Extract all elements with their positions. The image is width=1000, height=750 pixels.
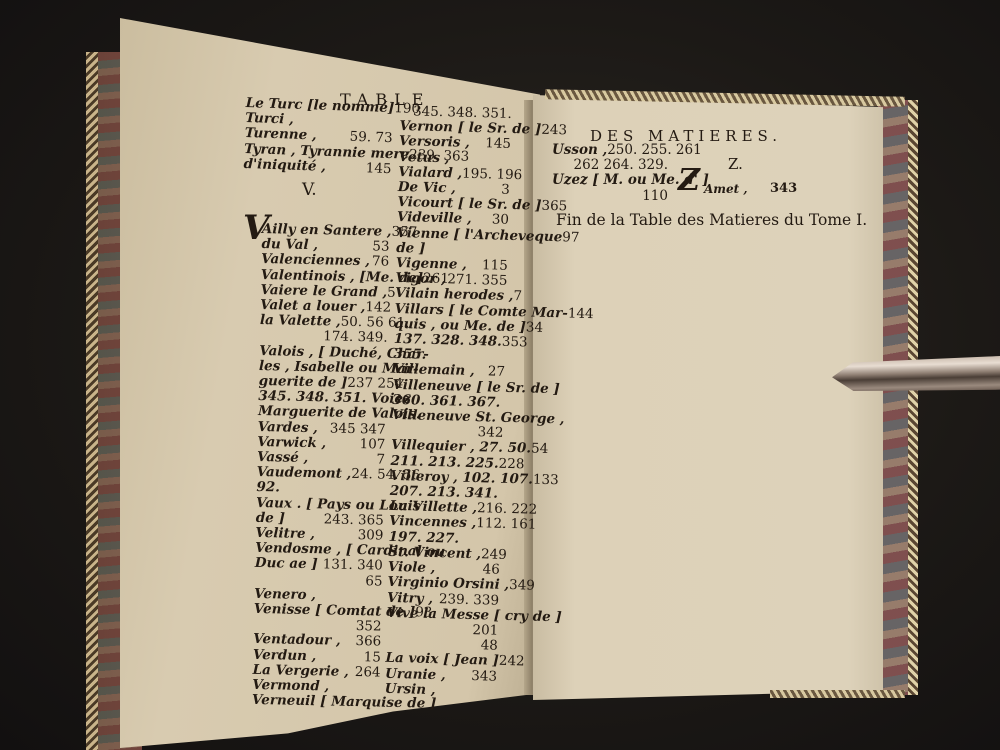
index-pages: 3	[501, 183, 510, 198]
index-pages: 250. 255. 261	[607, 143, 701, 158]
index-pages: 112. 161	[476, 517, 537, 534]
index-pages: 54	[531, 442, 549, 458]
index-pages: 243. 365	[323, 512, 383, 528]
index-column-1: Le Turc [le nommé]190Turci ,Turenne ,59.…	[243, 96, 394, 177]
index-entry: Uzez [ M. ou Me. d' ]	[552, 173, 668, 188]
index-pages: 131. 340	[323, 558, 383, 574]
z-entry-term: Amet ,	[704, 182, 748, 196]
index-pages: 30	[492, 213, 510, 229]
index-pages: 97	[562, 230, 580, 246]
index-pages: 242	[499, 654, 525, 670]
index-pages: 76	[372, 255, 390, 271]
index-entry: Verneuil [ Marquise de ]	[252, 693, 380, 711]
index-pages: 195. 196	[462, 166, 523, 183]
index-term: 92.	[256, 480, 280, 496]
index-pages: 144	[568, 306, 594, 322]
index-pages: 65	[365, 574, 383, 590]
index-column-1-v-section: Ailly en Santere ,357du Val ,53Valencien…	[252, 222, 390, 711]
index-term: Ursin ,	[384, 682, 435, 699]
index-column-right: Usson ,250. 255. 261262 264. 329.Uzez [ …	[552, 143, 668, 204]
index-pages: 107	[359, 437, 385, 453]
index-entry: Vive la Messe [ cry de ]	[386, 606, 498, 624]
section-letter-v: V.	[302, 180, 317, 200]
index-pages: 110	[642, 189, 668, 204]
index-column-2: 345. 348. 351.Vernon [ le Sr. de ]243Ver…	[384, 104, 511, 700]
index-term: la Valette ,	[260, 313, 341, 330]
index-entry: Usson ,250. 255. 261	[552, 143, 668, 158]
index-pages: 145	[485, 137, 511, 153]
index-term: d'iniquité ,	[243, 157, 326, 175]
index-term: Duc ae ]	[255, 556, 318, 573]
index-pages: 353	[502, 335, 528, 351]
index-entry: 110	[552, 189, 668, 204]
index-pages: 133	[533, 472, 559, 488]
index-entry: Ursin ,	[384, 682, 496, 700]
index-entry: Villeneuve St. George ,	[392, 408, 504, 426]
index-pages: 34	[526, 320, 544, 336]
index-term: Usson ,	[552, 143, 607, 158]
index-pages: 15	[364, 650, 382, 666]
index-pages: 264	[355, 665, 381, 681]
index-entry: 262 264. 329.	[552, 158, 668, 173]
index-pages: 243	[541, 123, 567, 139]
index-pages: 343	[471, 669, 497, 685]
section-letter-z: Z.	[728, 155, 743, 173]
gilt-edge-bottom	[770, 690, 905, 698]
dropcap-z: Z	[678, 163, 700, 198]
index-pages: 7	[376, 452, 385, 467]
index-entry: Venisse [ Comtat de ]93	[254, 602, 382, 620]
index-pages: 53	[372, 240, 390, 256]
marbled-cover-edge-right	[878, 100, 918, 695]
index-pages: 366	[355, 635, 381, 651]
index-pages: 262 264. 329.	[574, 158, 668, 173]
closing-line: Fin de la Table des Matieres du Tome I.	[556, 211, 867, 229]
index-pages: 201	[472, 623, 498, 639]
index-entry: Duc ae ]131. 340	[255, 556, 383, 574]
index-pages: 27	[488, 365, 506, 381]
index-pages: 349	[509, 578, 535, 594]
index-pages: 345 347	[330, 421, 386, 437]
z-entry-pages: 343	[770, 181, 797, 196]
index-pages: 7	[513, 289, 522, 304]
index-pages: 145	[365, 161, 391, 177]
